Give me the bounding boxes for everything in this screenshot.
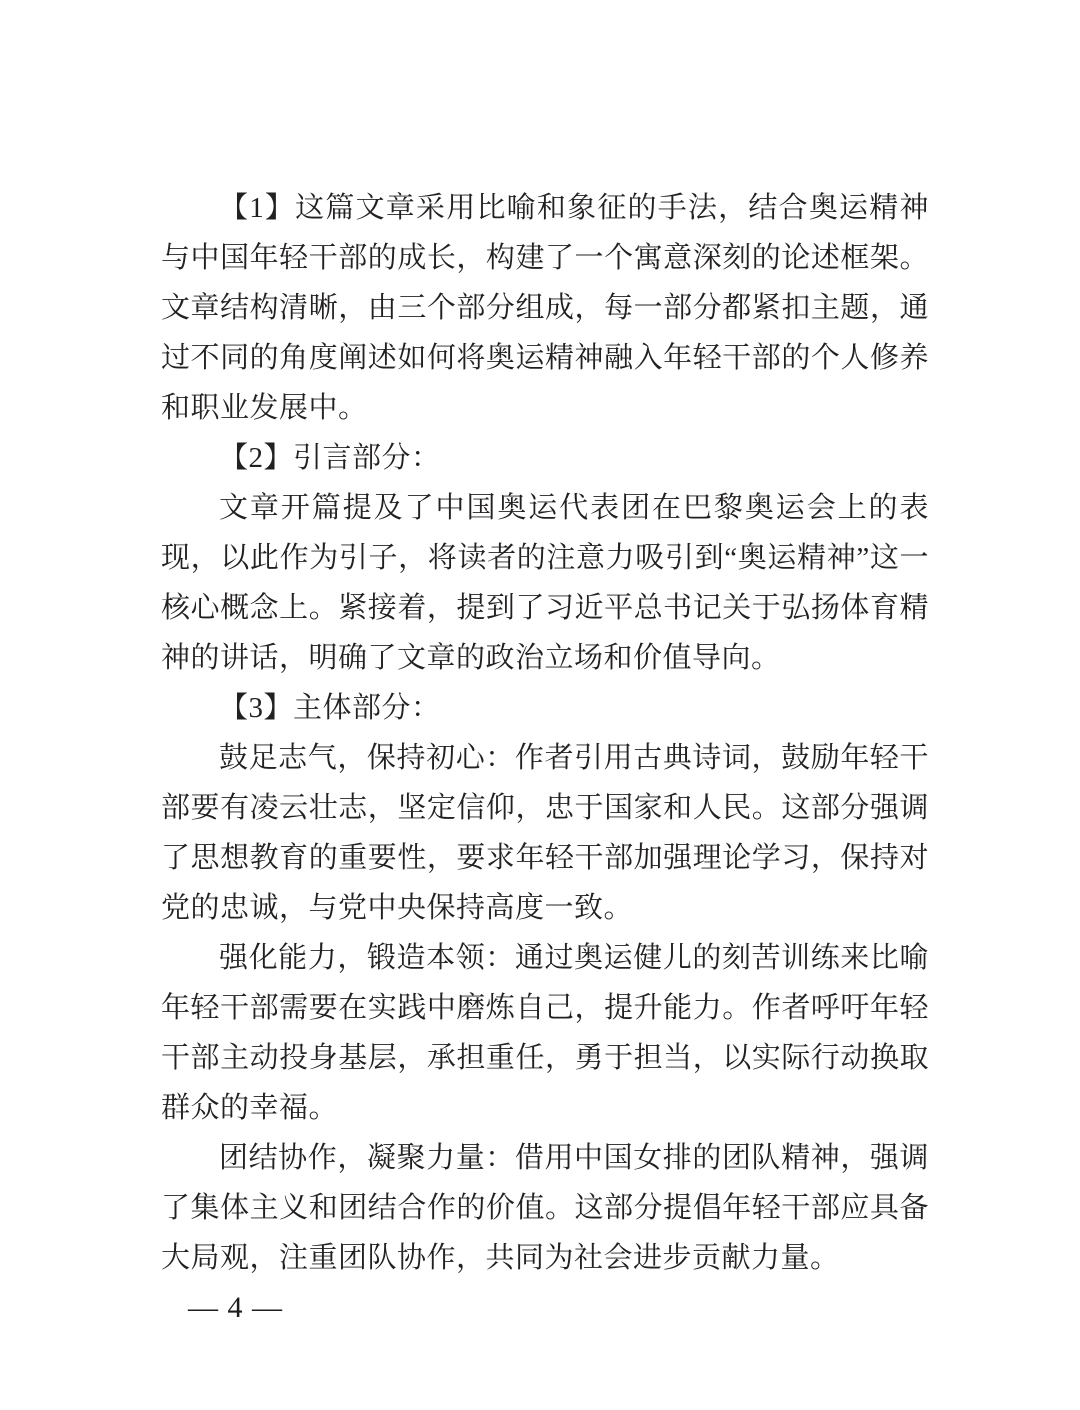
paragraph-main-point-2: 强化能力，锻造本领：通过奥运健儿的刻苦训练来比喻年轻干部需要在实践中磨炼自己，提… xyxy=(161,933,929,1133)
paragraph-main-point-1: 鼓足志气，保持初心：作者引用古典诗词，鼓励年轻干部要有凌云壮志，坚定信仰，忠于国… xyxy=(161,733,929,933)
paragraph-main-heading: 【3】主体部分： xyxy=(161,683,929,733)
page-number: — 4 — xyxy=(161,1283,929,1333)
paragraph-intro-heading: 【2】引言部分： xyxy=(161,433,929,483)
paragraph-intro-body: 文章开篇提及了中国奥运代表团在巴黎奥运会上的表现，以此作为引子，将读者的注意力吸… xyxy=(161,483,929,683)
document-page: 【1】这篇文章采用比喻和象征的手法，结合奥运精神与中国年轻干部的成长，构建了一个… xyxy=(0,0,1080,1410)
paragraph-analysis-overview: 【1】这篇文章采用比喻和象征的手法，结合奥运精神与中国年轻干部的成长，构建了一个… xyxy=(161,183,929,433)
paragraph-main-point-3: 团结协作，凝聚力量：借用中国女排的团队精神，强调了集体主义和团结合作的价值。这部… xyxy=(161,1133,929,1283)
